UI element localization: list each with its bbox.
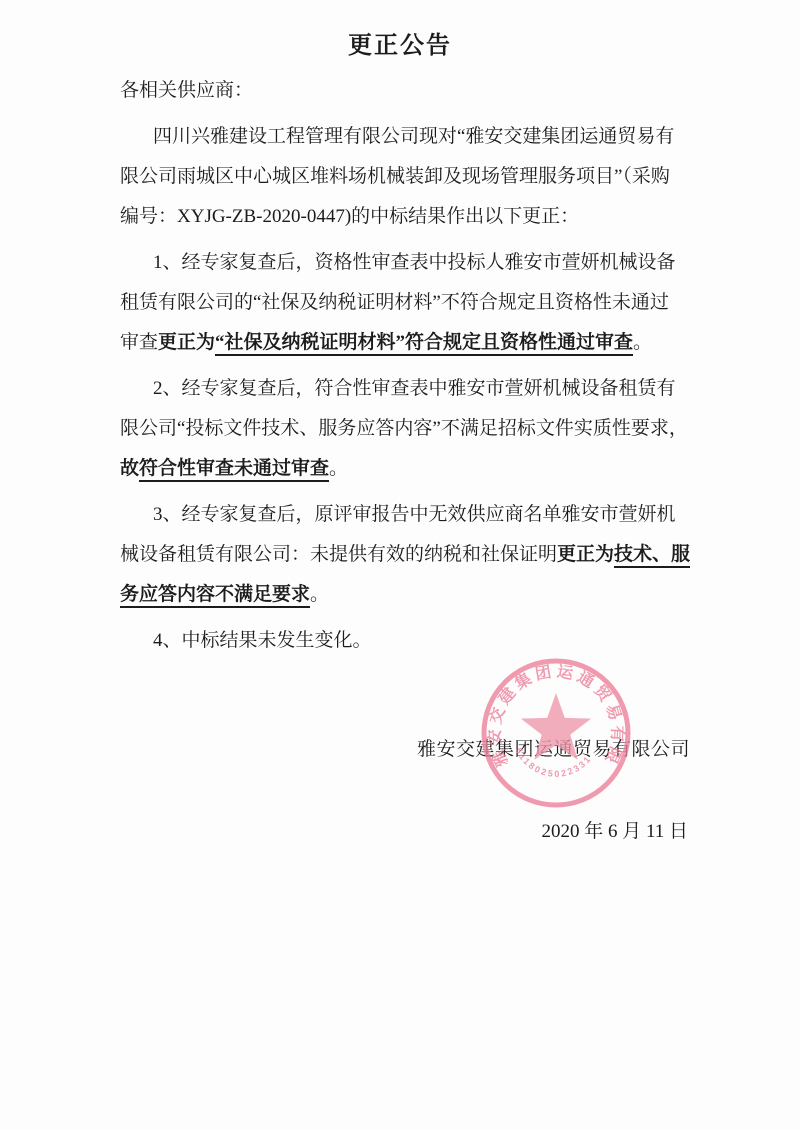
text-run: 械设备租赁有限公司：未提供有效的纳税和社保证明 (120, 544, 557, 565)
body-line: 2、经专家复查后，符合性审查表中雅安市萱妍机械设备租赁有 (120, 369, 698, 409)
text-run: 2、经专家复查后，符合性审查表中雅安市萱妍机械设备租赁有 (153, 378, 676, 399)
company-seal-stamp: 雅安交建集团运通贸易有限公司 5118025022331 (477, 654, 635, 812)
document-page: 更正公告 各相关供应商：四川兴雅建设工程管理有限公司现对“雅安交建集团运通贸易有… (0, 0, 800, 1130)
seal-ring (484, 661, 628, 805)
body-line: 械设备租赁有限公司：未提供有效的纳税和社保证明更正为技术、服 (120, 535, 698, 575)
text-run: 更正为 (158, 332, 215, 353)
body-line: 租赁有限公司的“社保及纳税证明材料”不符合规定且资格性未通过 (120, 283, 698, 323)
text-run: 限公司“投标文件技术、服务应答内容”不满足招标文件实质性要求， (120, 418, 688, 439)
text-run: 审查 (120, 332, 158, 353)
text-run: 符合性审查未通过审查 (139, 458, 329, 482)
document-body: 各相关供应商：四川兴雅建设工程管理有限公司现对“雅安交建集团运通贸易有限公司雨城… (120, 71, 698, 667)
text-run: 1、经专家复查后，资格性审查表中投标人雅安市萱妍机械设备 (153, 252, 676, 273)
text-run: 务应答内容不满足要求 (120, 584, 310, 608)
body-line: 限公司雨城区中心城区堆料场机械装卸及现场管理服务项目”（采购 (120, 157, 698, 197)
body-line: 审查更正为“社保及纳税证明材料”符合规定且资格性通过审查。 (120, 323, 698, 363)
body-line: 编号：XYJG-ZB-2020-0447)的中标结果作出以下更正： (120, 197, 698, 237)
text-run: 各相关供应商： (120, 80, 253, 101)
body-line: 务应答内容不满足要求。 (120, 575, 698, 615)
body-line: 四川兴雅建设工程管理有限公司现对“雅安交建集团运通贸易有 (120, 117, 698, 157)
document-title: 更正公告 (0, 31, 800, 61)
text-run: 故 (120, 458, 139, 479)
body-line: 3、经专家复查后，原评审报告中无效供应商名单雅安市萱妍机 (120, 495, 698, 535)
text-run: 租赁有限公司的“社保及纳税证明材料”不符合规定且资格性未通过 (120, 292, 669, 313)
paragraph: 4、中标结果未发生变化。 (120, 621, 698, 661)
text-run: 更正为 (557, 544, 614, 565)
paragraph: 1、经专家复查后，资格性审查表中投标人雅安市萱妍机械设备租赁有限公司的“社保及纳… (120, 243, 698, 363)
text-run: 。 (329, 458, 348, 479)
body-line: 限公司“投标文件技术、服务应答内容”不满足招标文件实质性要求， (120, 409, 698, 449)
text-run: 四川兴雅建设工程管理有限公司现对“雅安交建集团运通贸易有 (153, 126, 674, 147)
body-line: 各相关供应商： (120, 71, 698, 111)
text-run: “社保及纳税证明材料”符合规定且资格性通过审查 (215, 332, 633, 356)
text-run: 编号：XYJG-ZB-2020-0447)的中标结果作出以下更正： (120, 206, 579, 227)
paragraph: 各相关供应商： (120, 71, 698, 111)
signature-company: 雅安交建集团运通贸易有限公司 (417, 735, 690, 765)
text-run: 。 (310, 584, 329, 605)
body-line: 故符合性审查未通过审查。 (120, 449, 698, 489)
paragraph: 四川兴雅建设工程管理有限公司现对“雅安交建集团运通贸易有限公司雨城区中心城区堆料… (120, 117, 698, 237)
text-run: 4、中标结果未发生变化。 (153, 630, 372, 651)
paragraph: 3、经专家复查后，原评审报告中无效供应商名单雅安市萱妍机械设备租赁有限公司：未提… (120, 495, 698, 615)
signature-date: 2020 年 6 月 11 日 (541, 817, 688, 847)
text-run: 。 (633, 332, 652, 353)
text-run: 限公司雨城区中心城区堆料场机械装卸及现场管理服务项目”（采购 (120, 166, 670, 187)
body-line: 4、中标结果未发生变化。 (120, 621, 698, 661)
text-run: 技术、服 (614, 544, 690, 568)
body-line: 1、经专家复查后，资格性审查表中投标人雅安市萱妍机械设备 (120, 243, 698, 283)
paragraph: 2、经专家复查后，符合性审查表中雅安市萱妍机械设备租赁有限公司“投标文件技术、服… (120, 369, 698, 489)
text-run: 3、经专家复查后，原评审报告中无效供应商名单雅安市萱妍机 (153, 504, 676, 525)
